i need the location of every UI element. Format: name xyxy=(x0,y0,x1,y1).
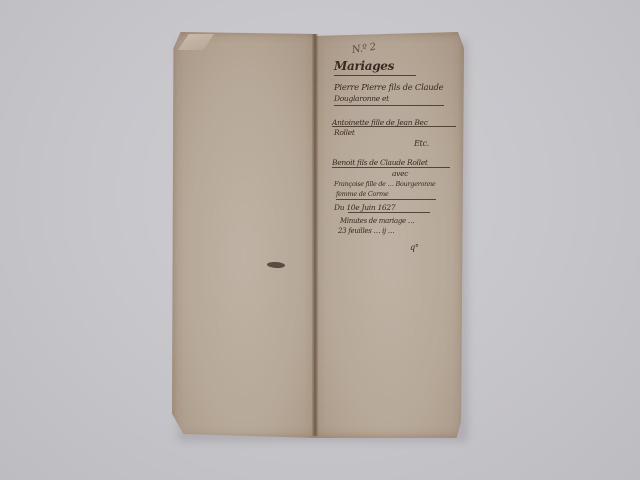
entry-2-line-2: Rollet xyxy=(334,128,355,137)
entry-3-line-2: avec xyxy=(392,169,408,178)
entry-1-underline xyxy=(334,105,444,106)
entry-2-line-3: Etc. xyxy=(414,139,429,148)
entry-2-underline xyxy=(332,126,456,127)
entry-3-line-3: Françoise fille de … Bourgeronne xyxy=(334,180,435,188)
entry-3-underline xyxy=(332,167,450,168)
date-underline xyxy=(348,212,430,213)
title-underline xyxy=(334,75,416,76)
minutes-line: Minutes de mariage … xyxy=(340,217,414,225)
entry-3-underline-2 xyxy=(336,199,436,200)
entry-3-line-4: femme de Corme xyxy=(336,190,388,198)
left-leaf xyxy=(172,32,316,438)
entry-1-line-2: Douglaronne et xyxy=(334,94,389,103)
entry-1-line-1: Pierre Pierre fils de Claude xyxy=(334,83,443,93)
document-title: Mariages xyxy=(334,59,394,73)
entry-3-line-1: Benoit fils de Claude Rollet xyxy=(332,158,428,167)
date-line: Du 10e Juin 1627 xyxy=(334,203,395,212)
leaves-count-line: 23 feuilles … ij … xyxy=(338,227,395,235)
closing-mark: q° xyxy=(410,243,419,252)
center-fold xyxy=(312,34,318,436)
